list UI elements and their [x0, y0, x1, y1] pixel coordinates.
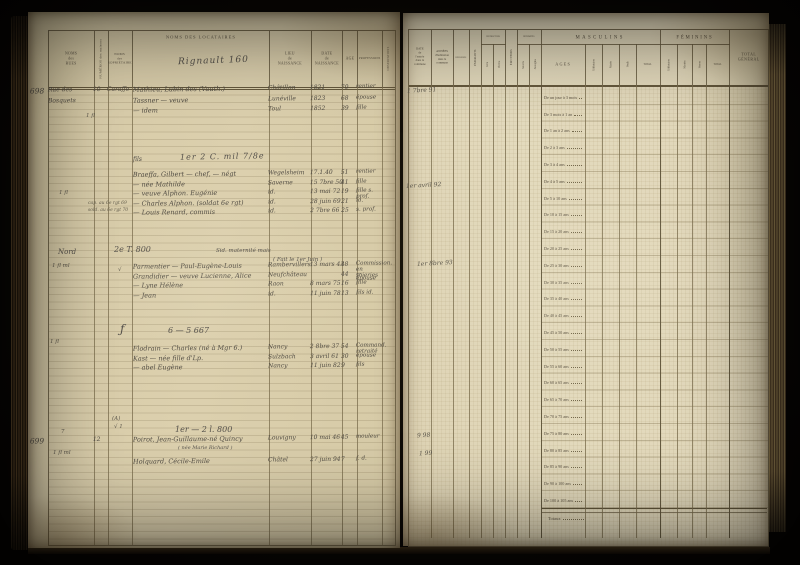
column-divider — [636, 85, 637, 538]
age-bracket-row: De 4 à 5 ans — [541, 172, 585, 189]
age-bracket-label: De 85 à 90 ans — [544, 464, 569, 469]
header-label: NOMS des PROPRIÉTAIRES — [108, 52, 133, 65]
entry-date-annotation: 1 99 — [419, 450, 433, 458]
column-divider — [660, 85, 661, 538]
age-bracket-label: De 20 à 25 ans — [544, 246, 569, 251]
dotted-leader — [567, 148, 582, 149]
entry-number — [30, 293, 48, 303]
header-f-celibataires: Célibataires — [660, 44, 678, 85]
header-label: ÉMIGRANTS — [474, 49, 477, 65]
tenant-name-cell: — idem — [131, 106, 268, 118]
dotted-leader — [563, 519, 584, 520]
age-bracket-row: De 2 à 3 ans — [541, 138, 585, 155]
dotted-leader — [571, 333, 582, 334]
header-label: Célibataires — [592, 58, 595, 70]
entry-number: 699 — [30, 437, 48, 447]
age-bracket-row: De 10 à 15 ans — [541, 206, 585, 223]
age-bracket-row: De 5 à 10 ans — [541, 189, 585, 206]
age-bracket-label: De 60 à 65 ans — [544, 380, 569, 385]
block-heading: 1er — 2 l. 800 — [175, 425, 232, 434]
street-cell — [48, 355, 93, 365]
house-number-cell — [93, 172, 107, 182]
block-heading: 2e T. 800 — [114, 245, 151, 254]
entry-number — [30, 459, 48, 469]
dotted-leader — [571, 215, 582, 216]
entry-number — [30, 108, 48, 119]
margin-note: √ 1 — [114, 424, 123, 430]
header-label: DATE de l'entrée dans la commune — [414, 48, 426, 67]
house-number-cell: 10 — [93, 87, 107, 98]
age-cell: 70 — [341, 85, 356, 96]
age-bracket-row: De 30 à 35 ans — [541, 273, 585, 290]
dotted-leader — [569, 199, 582, 200]
header-label: FÉMININS — [676, 34, 713, 40]
margin-note: 1 fl ml — [53, 450, 71, 456]
block-heading: 1er 2 C. mil 7/8e — [180, 151, 265, 161]
column-divider — [493, 85, 494, 538]
scanned-register-photo: NOMS des RUES NUMÉROS des maisons NOMS d… — [0, 0, 800, 565]
book-page-edges-right — [769, 24, 786, 532]
tenant-name-cell: — Jean — [131, 291, 268, 302]
profession-cell: mouleur — [356, 434, 382, 444]
birthdate-cell: 2 7bre 66 — [310, 208, 341, 218]
age-bracket-label: De 4 à 5 ans — [544, 179, 565, 184]
dotted-leader — [571, 417, 582, 418]
header-feminins: FÉMININS — [660, 30, 730, 45]
age-bracket-row: De 15 à 20 ans — [541, 222, 585, 239]
header-label: LIEU de NAISSANCE — [278, 51, 302, 66]
header-label: TOTAL GÉNÉRAL — [738, 52, 760, 62]
age-bracket-row: De 85 à 90 ans — [541, 458, 585, 475]
entry-block-699: 699 12 Poirot, Jean-Guillaume-né Quincy … — [30, 434, 382, 481]
block-heading-pre: ƒ — [120, 322, 124, 336]
margin-note: 1 fl — [59, 190, 68, 196]
house-number-cell — [93, 108, 107, 119]
age-bracket-label: De 75 à 80 ans — [544, 431, 569, 436]
header-duree-habitation: ANNÉES d'habitation dans la commune — [431, 30, 454, 85]
header-label: INFIRMITÉS — [523, 36, 534, 39]
age-bracket-row: De un jour à 3 mois — [541, 88, 585, 105]
header-label: MASCULINS — [576, 34, 625, 40]
margin-note: 7 — [61, 429, 65, 435]
dotted-leader — [571, 467, 582, 468]
age-bracket-row: De 70 à 75 ans — [541, 407, 585, 424]
birthdate-cell: 27 juin 94 — [310, 457, 341, 467]
age-bracket-rows: De un jour à 3 mois De 3 mois à 1 an De … — [541, 88, 585, 508]
house-number-cell — [93, 283, 107, 293]
age-cell: 45 — [341, 435, 356, 445]
header-label: Veuves — [698, 61, 701, 68]
age-bracket-label: De 10 à 15 ans — [544, 212, 569, 217]
street-cell — [48, 292, 93, 302]
age-bracket-row: De 100 à 105 ans — [541, 491, 585, 508]
owner-cell — [107, 181, 131, 191]
house-number-cell: 12 — [93, 437, 107, 447]
birthplace-cell: id. — [268, 291, 310, 301]
house-number-cell — [93, 459, 107, 469]
margin-note: (A) — [112, 416, 120, 422]
dotted-leader — [571, 451, 582, 452]
entry-number: 698 — [30, 87, 48, 98]
header-label: ANNÉES d'habitation dans la commune — [435, 50, 449, 66]
age-cell: 7 — [341, 457, 356, 467]
owner-cell — [107, 365, 131, 375]
header-date-entree: DATE de l'entrée dans la commune — [409, 30, 432, 85]
entry-block-698: 698 Rue des 10 Caraffe Mathieu, Lubin de… — [30, 84, 382, 119]
entry-number — [30, 182, 48, 192]
column-divider — [469, 85, 470, 538]
header-professions: PROFESSIONS — [357, 31, 383, 87]
tenant-name-cell: Poirot, Jean-Guillaume-né Quincy — [131, 435, 268, 446]
age-bracket-label: De 50 à 55 ans — [544, 347, 569, 352]
age-bracket-label: De 3 mois à 1 an — [544, 112, 572, 117]
dotted-leader — [579, 98, 582, 99]
tenant-name-cell: — Louis Renard, commis — [131, 208, 268, 219]
header-instruction: INSTRUCTION — [481, 30, 506, 45]
age-bracket-label: De 40 à 45 ans — [544, 313, 569, 318]
header-religions: RELIGIONS — [453, 30, 470, 85]
header-label: TOTAL — [713, 63, 721, 66]
header-label: PROFESSIONS — [359, 57, 381, 61]
header-label: TOTAL — [644, 63, 652, 66]
age-bracket-label: De 55 à 60 ans — [544, 364, 569, 369]
owner-cell — [107, 459, 131, 469]
column-divider — [585, 85, 586, 538]
header-label: AGES — [555, 62, 571, 67]
block-heading-pre: fils — [133, 156, 142, 163]
age-bracket-row: De 20 à 25 ans — [541, 239, 585, 256]
age-bracket-row: De 65 à 70 ans — [541, 390, 585, 407]
dotted-leader — [571, 249, 582, 250]
owner-cell: Caraffe — [107, 87, 131, 98]
age-bracket-label: De 70 à 75 ans — [544, 414, 569, 419]
owner-cell — [107, 292, 131, 302]
age-bracket-row: De 80 à 85 ans — [541, 441, 585, 458]
header-label: Aveugles — [534, 59, 537, 69]
header-label: Célibataires — [667, 58, 670, 70]
dotted-leader — [571, 232, 582, 233]
owner-cell — [107, 283, 131, 293]
header-lieu-naissance: LIEU de NAISSANCE — [269, 31, 312, 87]
entry-block-2: Braeffa, Gilbert — chef, — négt Wegelshe… — [30, 169, 382, 220]
age-bracket-row: De 45 à 50 ans — [541, 323, 585, 340]
age-bracket-label: De un jour à 3 mois — [544, 95, 577, 100]
age-bracket-label: De 30 à 35 ans — [544, 280, 569, 285]
age-bracket-label: De 25 à 30 ans — [544, 263, 569, 268]
house-number-cell — [93, 355, 107, 365]
street-cell — [48, 365, 93, 375]
age-bracket-row: De 3 à 4 ans — [541, 155, 585, 172]
header-m-celibataires: Célibataires — [585, 44, 603, 85]
age-bracket-label: De 65 à 70 ans — [544, 397, 569, 402]
profession-cell: fils id. — [356, 290, 382, 300]
house-number-cell — [93, 97, 107, 108]
column-divider — [706, 85, 707, 538]
register-entry-row: Holquard, Cécile-Emile Châtel 27 juin 94… — [30, 456, 382, 469]
birthdate-cell: 11 juin 78 — [310, 290, 341, 300]
column-divider — [729, 85, 730, 538]
birthplace-cell: id. — [268, 208, 310, 218]
header-numeros-maisons: NUMÉROS des maisons — [94, 31, 109, 87]
header-label: INSTRUCTION — [486, 36, 500, 39]
house-number-cell — [93, 181, 107, 191]
age-bracket-label: De 45 à 50 ans — [544, 330, 569, 335]
dotted-leader — [567, 182, 582, 183]
header-label: NOMS DES LOCATAIRES — [165, 35, 235, 41]
margin-note: 1 fl ml — [52, 263, 70, 269]
header-label: AGE — [345, 56, 354, 61]
age-bracket-label: De 5 à 10 ans — [544, 196, 567, 201]
age-bracket-row: De 90 à 100 ans — [541, 474, 585, 491]
tenant-name-cell: — abel Eugène — [131, 363, 268, 374]
profession-cell: s. prof. — [356, 207, 382, 217]
totals-label: Totaux — [548, 516, 561, 521]
header-label: DATE de NAISSANCE — [314, 51, 338, 66]
birthplace-cell: Toul — [268, 106, 310, 117]
owner-cell — [107, 172, 131, 182]
header-m-total: TOTAL — [636, 44, 661, 85]
column-divider — [431, 85, 432, 538]
register-left-page: NOMS des RUES NUMÉROS des maisons NOMS d… — [28, 12, 400, 548]
age-bracket-label: De 80 à 85 ans — [544, 448, 569, 453]
age-bracket-row: De 55 à 60 ans — [541, 357, 585, 374]
street-cell — [48, 200, 93, 210]
book-bottom-edge — [28, 547, 770, 554]
header-label: NUMÉROS des maisons — [99, 39, 104, 79]
street-cell — [48, 172, 93, 182]
entry-number — [30, 356, 48, 366]
column-divider — [677, 85, 678, 538]
header-f-mariees: Mariées — [677, 44, 693, 85]
dotted-leader — [571, 400, 582, 401]
entry-number — [30, 365, 48, 375]
header-f-veuves: Veuves — [692, 44, 707, 85]
header-infirmites: INFIRMITÉS — [517, 30, 542, 45]
age-bracket-label: De 1 an à 2 ans — [544, 128, 570, 133]
column-divider — [529, 85, 530, 538]
block-note: Sid. maternité mais — [216, 248, 271, 254]
street-cell: Bosquets — [48, 97, 93, 108]
right-table-header: DATE de l'entrée dans la commune ANNÉES … — [409, 30, 768, 87]
dotted-leader — [571, 367, 582, 368]
dotted-leader — [573, 484, 582, 485]
column-divider — [541, 85, 542, 538]
age-bracket-label: De 2 à 3 ans — [544, 145, 565, 150]
profession-cell: fille — [356, 105, 382, 116]
owner-cell — [107, 355, 131, 365]
age-bracket-label: De 35 à 40 ans — [544, 296, 569, 301]
owner-cell — [107, 108, 131, 119]
dotted-leader — [571, 434, 582, 435]
age-cell: 25 — [341, 208, 356, 218]
birthdate-cell: 10 mai 46 — [310, 435, 341, 445]
dotted-leader — [571, 316, 582, 317]
age-cell: 13 — [341, 290, 356, 300]
street-cell — [48, 459, 93, 469]
header-label: NOMS des RUES — [65, 51, 77, 66]
dotted-leader — [574, 115, 582, 116]
dotted-leader — [575, 501, 582, 502]
column-divider — [481, 85, 482, 538]
block-heading: 6 — 5 667 — [168, 326, 209, 335]
header-age: AGE — [342, 31, 358, 87]
entry-number — [30, 283, 48, 293]
margin-note: sold. au 6e rgt 70 — [88, 208, 128, 213]
birthdate-cell: 1852 — [310, 106, 341, 117]
dotted-leader — [571, 283, 582, 284]
margin-note: 1 fl — [86, 113, 95, 119]
right-table: DATE de l'entrée dans la commune ANNÉES … — [408, 29, 769, 547]
column-divider — [517, 85, 518, 538]
margin-note: cap. au 6e rgt 69 — [88, 201, 127, 206]
house-number-cell — [93, 292, 107, 302]
header-label: Veufs — [626, 62, 629, 68]
column-divider — [602, 85, 603, 538]
entry-block-4: Flodrain — Charles (né à Mgr 6.) Nancy 2… — [30, 343, 382, 375]
column-divider — [692, 85, 693, 538]
age-bracket-label: De 90 à 100 ans — [544, 481, 571, 486]
header-label: OBSERVATIONS — [387, 47, 391, 71]
birthdate-cell: 11 juin 82 — [310, 363, 341, 373]
street-cell — [48, 210, 93, 220]
age-bracket-row: De 75 à 80 ans — [541, 424, 585, 441]
dotted-leader — [571, 383, 582, 384]
age-bracket-label: De 15 à 20 ans — [544, 229, 569, 234]
margin-note: 1 fl — [50, 339, 59, 345]
age-bracket-row: De 3 mois à 1 an — [541, 105, 585, 122]
age-bracket-label: De 100 à 105 ans — [544, 498, 573, 503]
birthdate-cell: 1821 — [310, 85, 341, 96]
entry-block-3: Parmentier — Paul-Eugène-Louis Rambervil… — [30, 261, 382, 302]
header-label: ÉLECTEURS — [510, 50, 513, 66]
column-divider — [619, 85, 620, 538]
owner-cell — [107, 97, 131, 108]
age-bracket-label: De 3 à 4 ans — [544, 162, 565, 167]
dotted-leader — [571, 299, 582, 300]
entry-number — [30, 201, 48, 211]
header-label: Lire — [486, 62, 489, 67]
margin-note: √ — [118, 267, 122, 273]
street-cell — [48, 283, 93, 293]
street-cell — [48, 181, 93, 191]
column-divider — [453, 85, 454, 538]
profession-cell: f. d. — [356, 456, 382, 466]
birthplace-cell: Châtel — [268, 457, 310, 467]
entry-number — [30, 172, 48, 182]
profession-cell: fils — [356, 362, 382, 372]
column-divider — [505, 85, 506, 538]
age-cell: 9 — [341, 363, 356, 373]
header-m-veufs: Veufs — [619, 44, 637, 85]
header-masculins: MASCULINS — [541, 30, 661, 45]
age-bracket-row: De 35 à 40 ans — [541, 290, 585, 307]
entry-date-annotation: 9 98 — [417, 432, 431, 440]
header-ages: AGES — [541, 44, 586, 85]
header-m-maries: Mariés — [602, 44, 620, 85]
block-heading-pre: Nord — [58, 248, 76, 256]
age-bracket-row: De 60 à 65 ans — [541, 374, 585, 391]
header-date-naissance: DATE de NAISSANCE — [311, 31, 343, 87]
header-noms-des-rues: NOMS des RUES — [49, 31, 95, 87]
dotted-leader — [571, 266, 582, 267]
dotted-leader — [567, 165, 582, 166]
birthplace-cell: Louvigny — [268, 435, 310, 445]
owner-cell — [107, 437, 131, 447]
age-bracket-row: De 50 à 55 ans — [541, 340, 585, 357]
age-bracket-row: De 40 à 45 ans — [541, 306, 585, 323]
dotted-leader — [571, 350, 582, 351]
birthplace-cell: Nancy — [268, 363, 310, 373]
header-f-total: TOTAL — [706, 44, 730, 85]
entry-number — [30, 210, 48, 220]
header-noms-proprietaires: NOMS des PROPRIÉTAIRES — [108, 31, 133, 87]
header-total-general: TOTAL GÉNÉRAL — [729, 30, 768, 85]
header-label: RELIGIONS — [456, 56, 467, 59]
header-label: Mariés — [609, 61, 612, 68]
header-observations: OBSERVATIONS — [382, 31, 395, 87]
totals-rule — [542, 508, 767, 513]
header-label: Mariées — [683, 60, 686, 68]
tenant-name-cell: Holquard, Cécile-Emile — [131, 457, 268, 468]
register-right-page: DATE de l'entrée dans la commune ANNÉES … — [403, 13, 769, 546]
street-cell — [48, 437, 93, 447]
entry-number — [30, 98, 48, 109]
dotted-leader — [572, 131, 582, 132]
register-entry-row: 699 12 Poirot, Jean-Guillaume-né Quincy … — [30, 434, 382, 447]
totals-row: Totaux — [548, 516, 585, 521]
house-number-cell — [93, 365, 107, 375]
header-label: Sourds — [522, 61, 525, 69]
age-cell: 39 — [341, 106, 356, 117]
age-bracket-row: De 25 à 30 ans — [541, 256, 585, 273]
age-bracket-row: De 1 an à 2 ans — [541, 122, 585, 139]
header-label: Écrire — [498, 61, 501, 68]
